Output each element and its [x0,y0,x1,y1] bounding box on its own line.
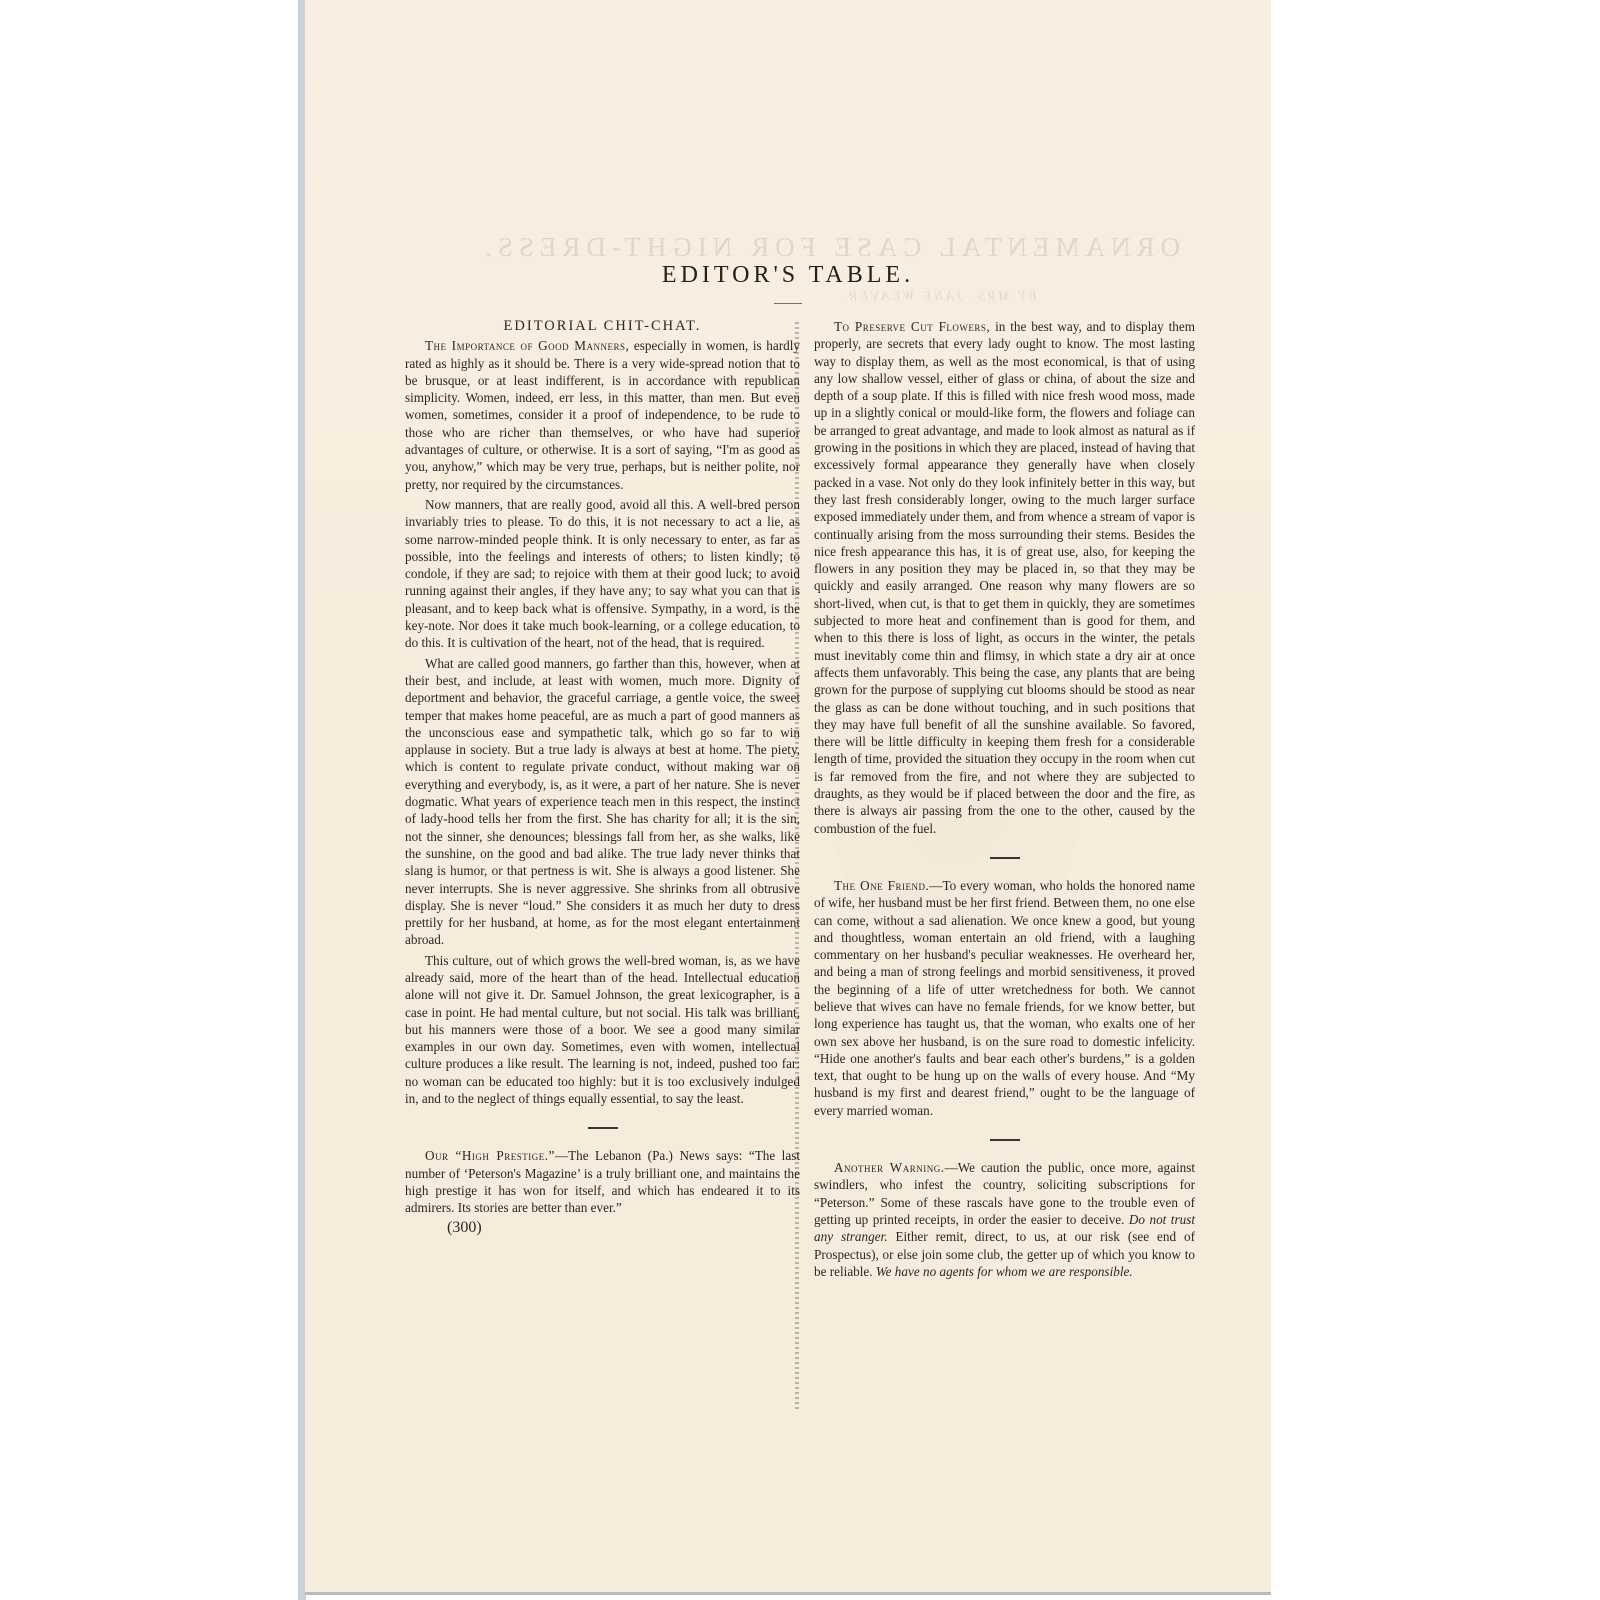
article-paragraph: What are called good manners, go farther… [405,655,800,949]
masthead: EDITOR'S TABLE. [305,262,1271,304]
article-paragraph: The One Friend.—To every woman, who hold… [814,877,1195,1119]
article-cut-flowers: To Preserve Cut Flowers, in the best way… [814,318,1195,837]
article-one-friend: The One Friend.—To every woman, who hold… [814,877,1195,1119]
article-heading: The One Friend. [834,878,929,893]
right-column: To Preserve Cut Flowers, in the best way… [800,318,1195,1280]
article-good-manners: The Importance of Good Manners, especial… [405,337,800,1107]
article-paragraph: Our “High Prestige.”—The Lebanon (Pa.) N… [405,1147,800,1216]
page-number: (300) [405,1219,800,1236]
article-heading: Another Warning. [834,1160,945,1175]
emphasis-text: We have no agents for whom we are respon… [876,1264,1133,1279]
article-separator [588,1127,618,1129]
article-another-warning: Another Warning.—We caution the public, … [814,1159,1195,1280]
article-paragraph: To Preserve Cut Flowers, in the best way… [814,318,1195,837]
article-paragraph: Now manners, that are really good, avoid… [405,496,800,652]
article-separator [990,1139,1020,1141]
article-heading: To Preserve Cut Flowers, [834,319,990,334]
section-title: EDITORIAL CHIT-CHAT. [405,318,800,335]
article-separator [990,857,1020,859]
article-heading: The Importance of Good Manners, [425,338,629,353]
article-heading: Our “High Prestige.” [425,1148,555,1163]
article-paragraph: Another Warning.—We caution the public, … [814,1159,1195,1280]
article-high-prestige: Our “High Prestige.”—The Lebanon (Pa.) N… [405,1147,800,1216]
title-rule [774,303,802,304]
show-through-title: ORNAMENTAL CASE FOR NIGHT-DRESS. [500,232,1180,263]
document-page: ORNAMENTAL CASE FOR NIGHT-DRESS. BY MRS.… [305,0,1271,1595]
left-column: EDITORIAL CHIT-CHAT. The Importance of G… [405,318,800,1236]
article-paragraph: This culture, out of which grows the wel… [405,952,800,1108]
page-title: EDITOR'S TABLE. [305,262,1271,289]
article-paragraph: The Importance of Good Manners, especial… [405,337,800,493]
